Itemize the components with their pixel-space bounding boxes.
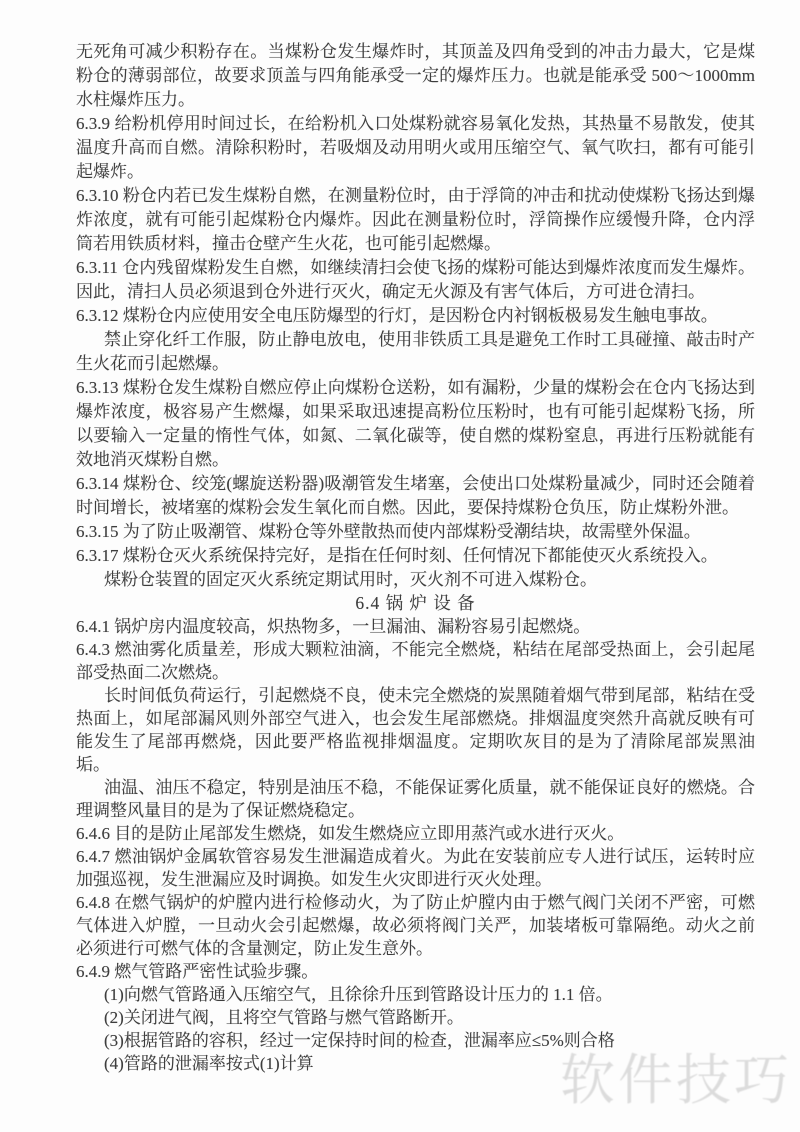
note-low-load-operation: 长时间低负荷运行，引起燃烧不良，使未完全燃烧的炭黑随着烟气带到尾部，粘结在受热面… xyxy=(76,684,755,776)
paragraph-6-3-11: 6.3.11 仓内残留煤粉发生自燃，如继续清扫会使飞扬的煤粉可能达到爆炸浓度而发… xyxy=(76,256,755,304)
paragraph-6-3-9: 6.3.9 给粉机停用时间过长，在给粉机入口处煤粉就容易氧化发热，其热量不易散发… xyxy=(76,112,755,184)
note-anti-static-clothing: 禁止穿化纤工作服，防止静电放电，使用非铁质工具是避免工作时工具碰撞、敲击时产生火… xyxy=(76,328,755,376)
paragraph-6-4-1: 6.4.1 锅炉房内温度较高，炽热物多，一旦漏油、漏粉容易引起燃烧。 xyxy=(76,615,755,638)
watermark: 软件技巧 xyxy=(560,1053,792,1108)
note-oil-pressure: 油温、油压不稳定，特别是油压不稳，不能保证雾化质量，就不能保证良好的燃烧。合理调… xyxy=(76,776,755,822)
paragraph-6-3-13: 6.3.13 煤粉仓发生煤粉自燃应停止向煤粉仓送粉，如有漏粉，少量的煤粉会在仓内… xyxy=(76,376,755,472)
test-step-2: (2)关闭进气阀，且将空气管路与燃气管路断开。 xyxy=(76,1006,755,1029)
paragraph-continuation: 无死角可减少积粉存在。当煤粉仓发生爆炸时，其顶盖及四角受到的冲击力最大，它是煤粉… xyxy=(76,40,755,112)
section-6-3-block: 无死角可减少积粉存在。当煤粉仓发生爆炸时，其顶盖及四角受到的冲击力最大，它是煤粉… xyxy=(76,40,755,592)
paragraph-6-4-8: 6.4.8 在燃气锅炉的炉膛内进行检修动火，为了防止炉膛内由于燃气阀门关闭不严密… xyxy=(76,891,755,960)
document-page: 无死角可减少积粉存在。当煤粉仓发生爆炸时，其顶盖及四角受到的冲击力最大，它是煤粉… xyxy=(0,0,800,1132)
paragraph-6-4-7: 6.4.7 燃油锅炉金属软管容易发生泄漏造成着火。为此在安装前应专人进行试压，运… xyxy=(76,845,755,891)
paragraph-6-3-17: 6.3.17 煤粉仓灭火系统保持完好，是指在任何时刻、任何情况下都能使灭火系统投… xyxy=(76,544,755,568)
paragraph-6-4-3: 6.4.3 燃油雾化质量差，形成大颗粒油滴，不能完全燃烧，粘结在尾部受热面上，会… xyxy=(76,638,755,684)
paragraph-6-3-14: 6.3.14 煤粉仓、绞笼(螺旋送粉器)吸潮管发生堵塞，会使出口处煤粉量减少，同… xyxy=(76,472,755,520)
section-heading-6-4: 6.4 锅 炉 设 备 xyxy=(76,592,755,615)
paragraph-6-4-9: 6.4.9 燃气管路严密性试验步骤。 xyxy=(76,960,755,983)
section-6-4-block: 6.4 锅 炉 设 备 6.4.1 锅炉房内温度较高，炽热物多，一旦漏油、漏粉容… xyxy=(76,592,755,1075)
paragraph-6-3-15: 6.3.15 为了防止吸潮管、煤粉仓等外壁散热而使内部煤粉受潮结块，故需壁外保温… xyxy=(76,520,755,544)
test-step-1: (1)向燃气管路通入压缩空气，且徐徐升压到管路设计压力的 1.1 倍。 xyxy=(76,983,755,1006)
paragraph-6-3-12: 6.3.12 煤粉仓内应使用安全电压防爆型的行灯，是因粉仓内衬钢板极易发生触电事… xyxy=(76,304,755,328)
document-text-column: 无死角可减少积粉存在。当煤粉仓发生爆炸时，其顶盖及四角受到的冲击力最大，它是煤粉… xyxy=(76,40,755,1075)
paragraph-6-4-6: 6.4.6 目的是防止尾部发生燃烧，如发生燃烧应立即用蒸汽或水进行灭火。 xyxy=(76,822,755,845)
note-fixed-extinguishing: 煤粉仓装置的固定灭火系统定期试用时，灭火剂不可进入煤粉仓。 xyxy=(76,568,755,592)
paragraph-6-3-10: 6.3.10 粉仓内若已发生煤粉自燃，在测量粉位时，由于浮筒的冲击和扰动使煤粉飞… xyxy=(76,184,755,256)
